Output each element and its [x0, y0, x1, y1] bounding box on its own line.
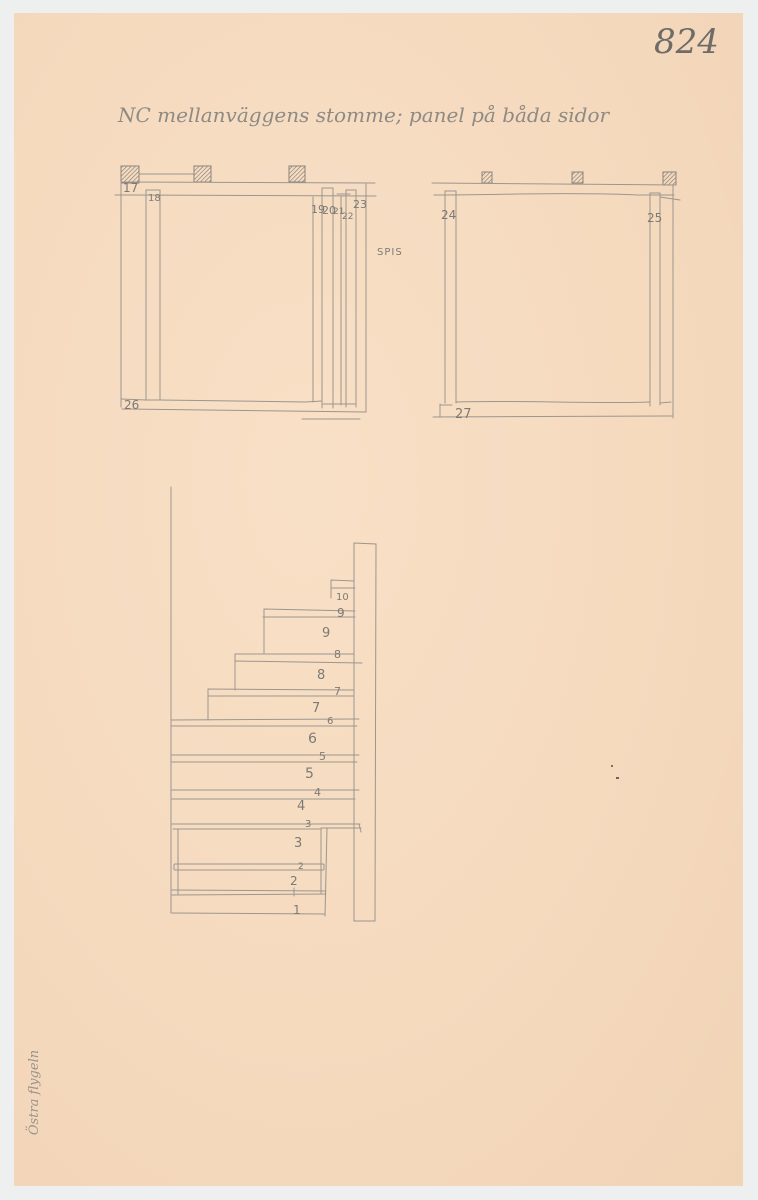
- beam-icon: [572, 172, 583, 183]
- label-23: 23: [353, 198, 367, 211]
- tread-label-1: 1: [293, 903, 301, 917]
- beam-icon: [482, 172, 492, 183]
- edge-label-7: 7: [334, 685, 341, 698]
- tread-label-5: 5: [305, 766, 314, 782]
- label-26: 26: [124, 398, 139, 412]
- tread-label-3: 3: [294, 836, 302, 851]
- paper-speck: [616, 777, 619, 779]
- edge-label-9: 9: [337, 606, 345, 620]
- edge-label-4: 4: [314, 786, 321, 799]
- plan-right-drawing: [432, 172, 680, 418]
- edge-label-6: 6: [327, 716, 333, 727]
- pencil-drawing: [0, 0, 758, 1200]
- tread-label-10: 10: [336, 592, 349, 603]
- beam-icon: [663, 172, 676, 185]
- tread-label-7: 7: [312, 701, 320, 716]
- tread-label-6: 6: [308, 731, 317, 747]
- tread-label-2: 2: [290, 874, 298, 888]
- stair-elevation-drawing: [171, 487, 376, 921]
- spis-label: SPIS: [377, 247, 403, 258]
- edge-label-2: 2: [298, 862, 304, 872]
- tread-label-9: 9: [322, 626, 330, 641]
- label-17: 17: [123, 181, 138, 195]
- label-18: 18: [148, 193, 161, 204]
- label-22: 22: [342, 212, 353, 222]
- edge-label-8: 8: [334, 648, 341, 661]
- paper-speck: [611, 765, 613, 767]
- tread-label-4: 4: [297, 799, 305, 814]
- beam-icon: [289, 166, 305, 182]
- label-27: 27: [455, 407, 472, 422]
- label-24: 24: [441, 208, 456, 222]
- beam-icon: [194, 166, 211, 182]
- tread-label-8: 8: [317, 668, 325, 683]
- label-25: 25: [647, 211, 662, 225]
- edge-label-5: 5: [319, 750, 326, 763]
- edge-label-3: 3: [305, 819, 311, 830]
